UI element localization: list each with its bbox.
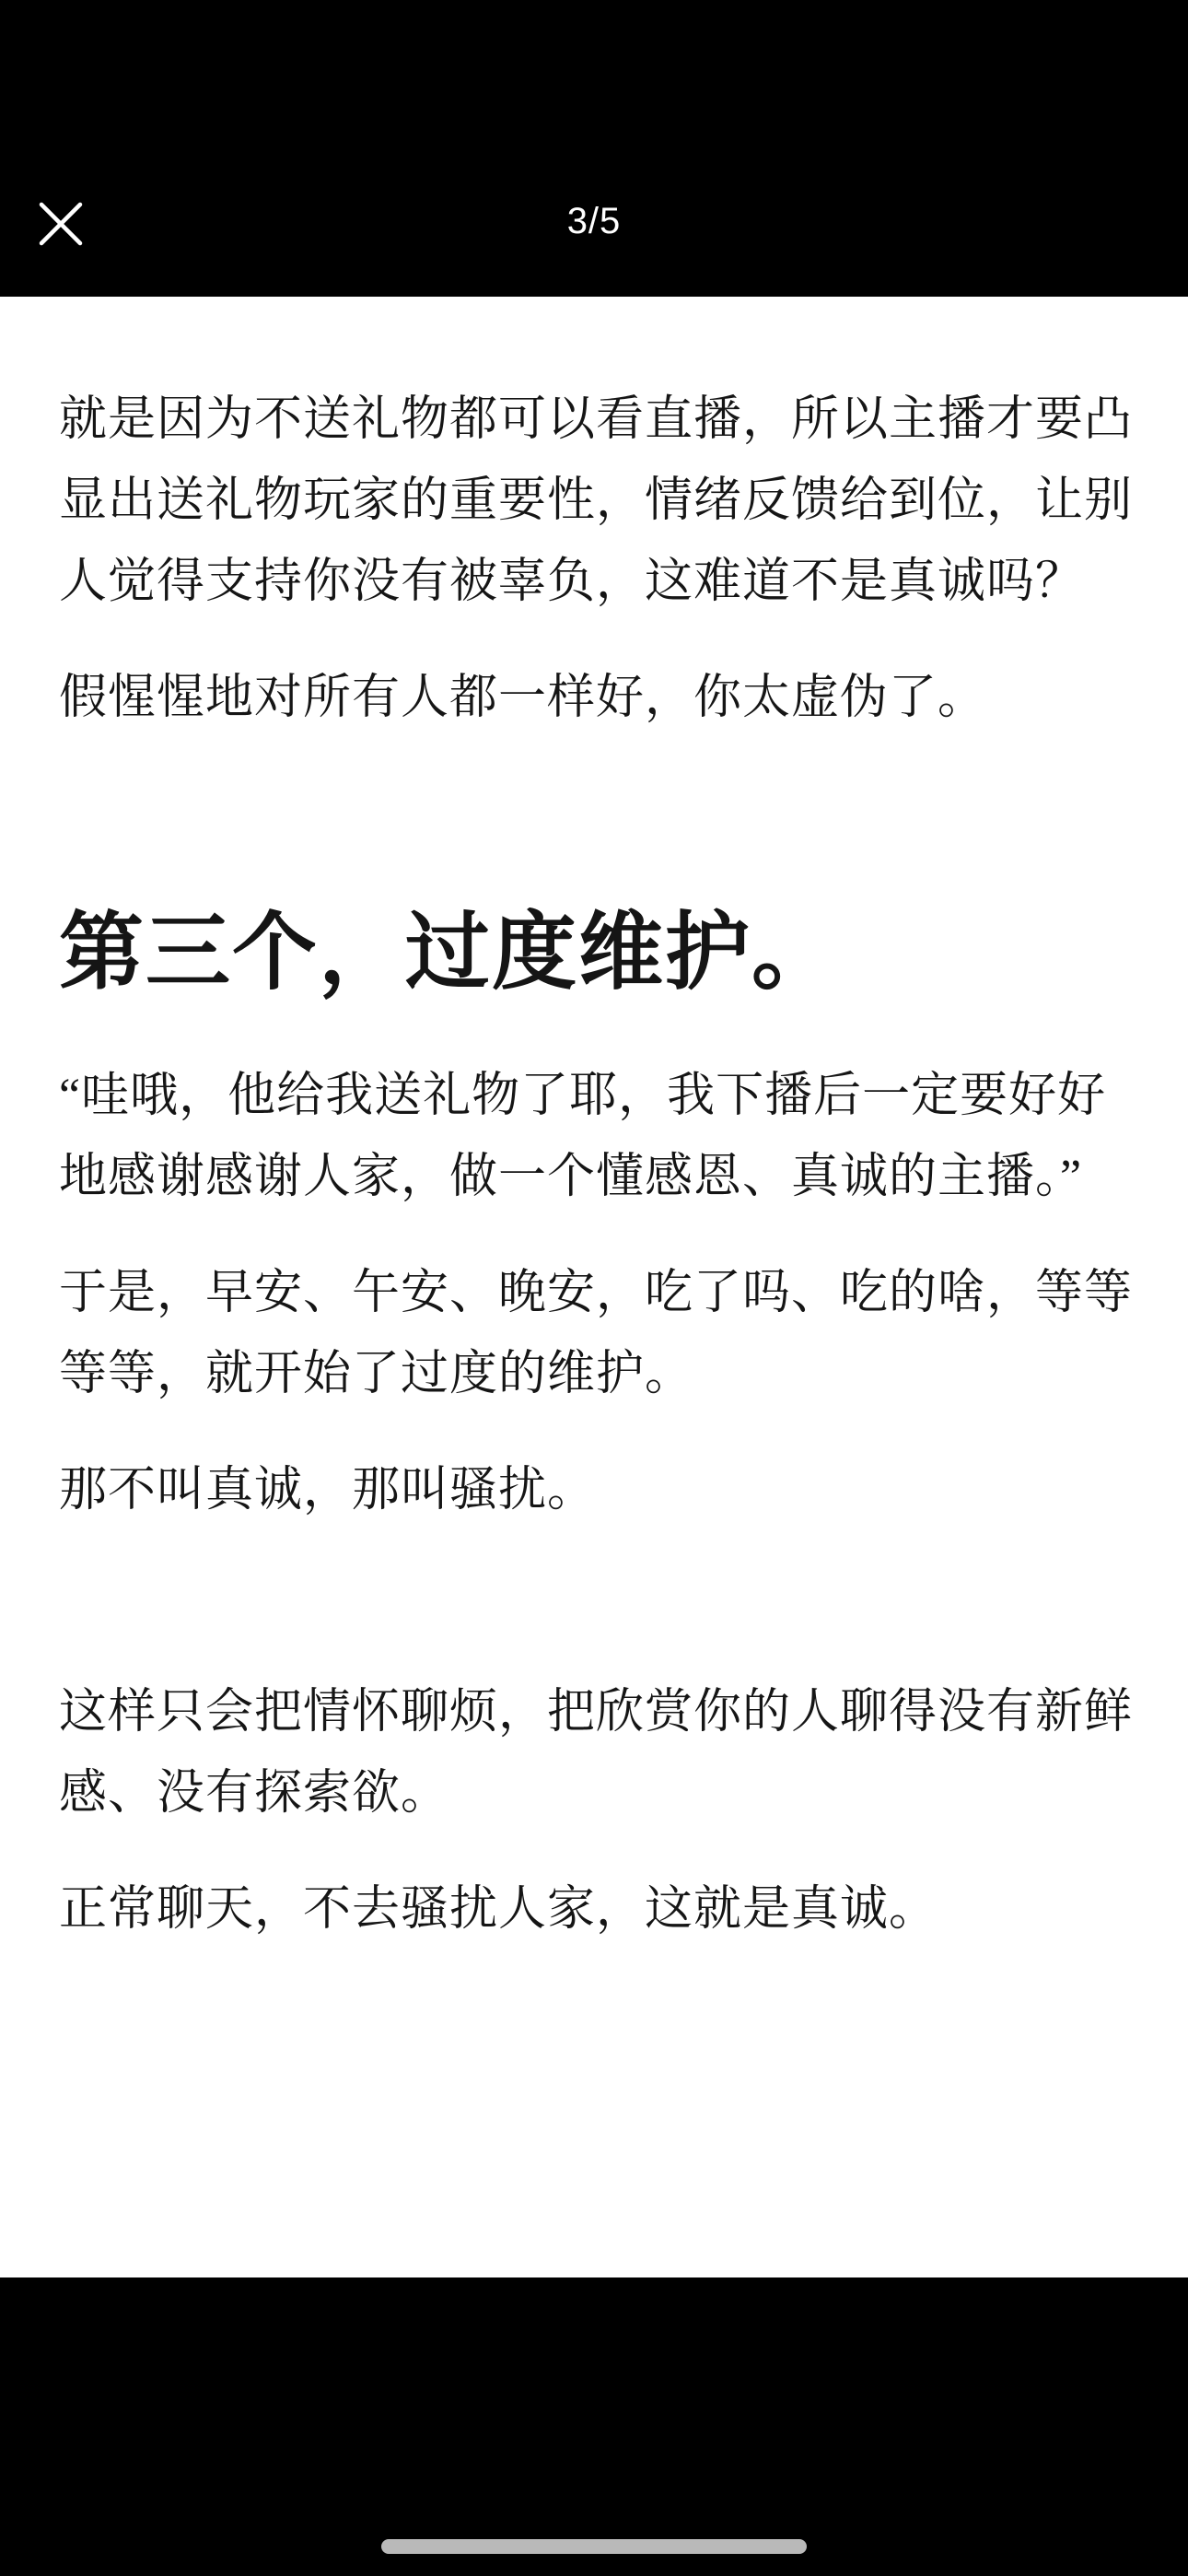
home-indicator[interactable] <box>381 2539 807 2554</box>
text-line: 人觉得支持你没有被辜负，这难道不是真诚吗？ <box>59 542 1129 623</box>
text-line: 显出送礼物玩家的重要性，情绪反馈给到位，让别 <box>59 461 1129 542</box>
text-line: 就是因为不送礼物都可以看直播，所以主播才要凸 <box>59 380 1129 461</box>
text-line: 那不叫真诚，那叫骚扰。 <box>59 1450 1129 1531</box>
text-line: 感、没有探索欲。 <box>59 1753 1129 1834</box>
text-line: 等等，就开始了过度的维护。 <box>59 1334 1129 1415</box>
text-line: 这样只会把情怀聊烦，把欣赏你的人聊得没有新鲜 <box>59 1672 1129 1753</box>
text-line: “哇哦，他给我送礼物了耶，我下播后一定要好好 <box>59 1056 1129 1137</box>
paragraph: 这样只会把情怀聊烦，把欣赏你的人聊得没有新鲜感、没有探索欲。 <box>59 1672 1129 1834</box>
document-page: 就是因为不送礼物都可以看直播，所以主播才要凸显出送礼物玩家的重要性，情绪反馈给到… <box>0 297 1188 2277</box>
paragraph: “哇哦，他给我送礼物了耶，我下播后一定要好好地感谢感谢人家，做一个懂感恩、真诚的… <box>59 1056 1129 1218</box>
text-line: 第三个，过度维护。 <box>59 901 1129 1004</box>
document-body: 就是因为不送礼物都可以看直播，所以主播才要凸显出送礼物玩家的重要性，情绪反馈给到… <box>59 380 1129 1950</box>
paragraph: 那不叫真诚，那叫骚扰。 <box>59 1450 1129 1531</box>
bottom-bar <box>0 2277 1188 2576</box>
paragraph: 假惺惺地对所有人都一样好，你太虚伪了。 <box>59 658 1129 739</box>
phone-screen: 3/5 就是因为不送礼物都可以看直播，所以主播才要凸显出送礼物玩家的重要性，情绪… <box>0 0 1188 2576</box>
text-line: 于是，早安、午安、晚安，吃了吗、吃的啥，等等 <box>59 1253 1129 1334</box>
page-indicator: 3/5 <box>0 199 1188 243</box>
text-line: 正常聊天，不去骚扰人家，这就是真诚。 <box>59 1869 1129 1950</box>
paragraph: 就是因为不送礼物都可以看直播，所以主播才要凸显出送礼物玩家的重要性，情绪反馈给到… <box>59 380 1129 623</box>
paragraph: 正常聊天，不去骚扰人家，这就是真诚。 <box>59 1869 1129 1950</box>
text-line: 地感谢感谢人家，做一个懂感恩、真诚的主播。” <box>59 1137 1129 1218</box>
paragraph: 于是，早安、午安、晚安，吃了吗、吃的啥，等等等等，就开始了过度的维护。 <box>59 1253 1129 1415</box>
section-heading: 第三个，过度维护。 <box>59 901 1129 1004</box>
text-line: 假惺惺地对所有人都一样好，你太虚伪了。 <box>59 658 1129 739</box>
viewer-header: 3/5 <box>0 0 1188 297</box>
